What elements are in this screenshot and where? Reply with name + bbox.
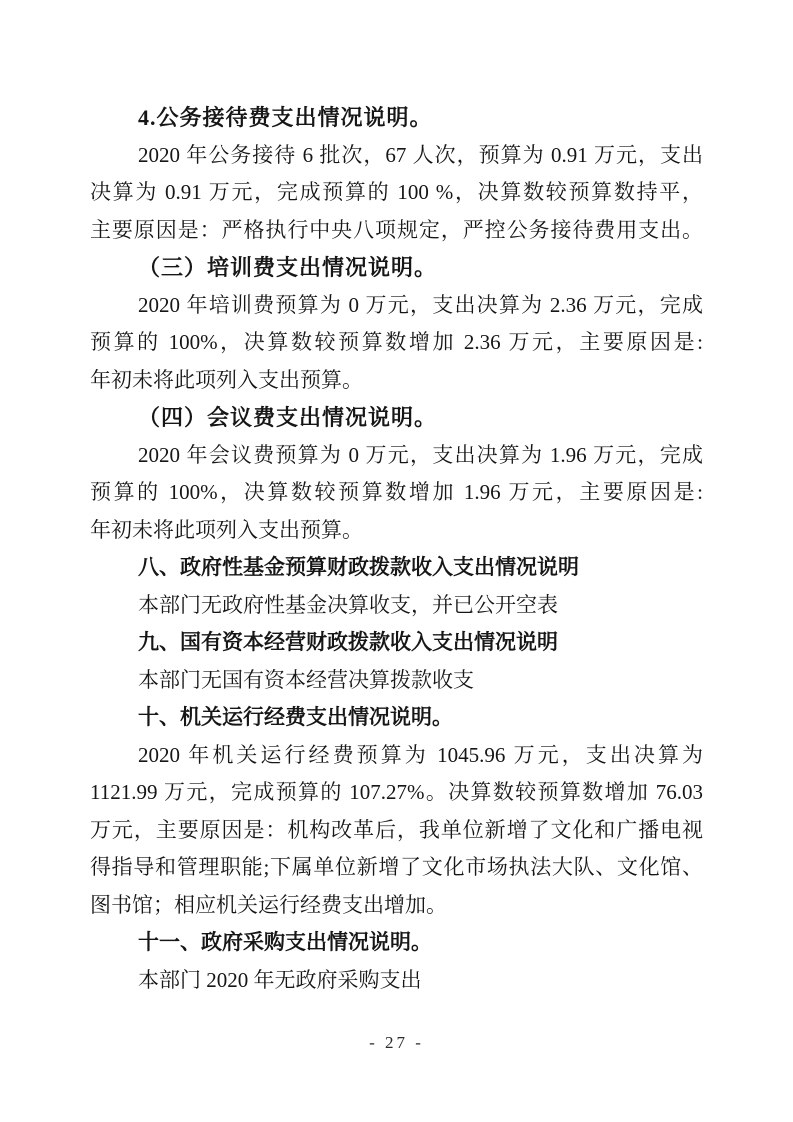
document-body: 4.公务接待费支出情况说明。 2020 年公务接待 6 批次，67 人次，预算为… xyxy=(90,99,703,999)
paragraph-line: 本部门 2020 年无政府采购支出 xyxy=(90,962,703,1000)
paragraph-line: 年初未将此项列入支出预算。 xyxy=(90,512,703,550)
paragraph-line: 2020 年机关运行经费预算为 1045.96 万元，支出决算为 xyxy=(90,737,703,775)
paragraph-line: 预算的 100%，决算数较预算数增加 1.96 万元，主要原因是: xyxy=(90,474,703,512)
paragraph-line: 万元，主要原因是：机构改革后，我单位新增了文化和广播电视 xyxy=(90,812,703,850)
paragraph-line: 1121.99 万元，完成预算的 107.27%。决算数较预算数增加 76.03 xyxy=(90,774,703,812)
paragraph-line: 图书馆；相应机关运行经费支出增加。 xyxy=(90,887,703,925)
section-heading-operating-expense: 十、机关运行经费支出情况说明。 xyxy=(90,699,703,737)
paragraph-line: 预算的 100%，决算数较预算数增加 2.36 万元，主要原因是: xyxy=(90,324,703,362)
section-heading-training-fee: （三）培训费支出情况说明。 xyxy=(90,249,703,287)
paragraph-line: 2020 年会议费预算为 0 万元，支出决算为 1.96 万元，完成 xyxy=(90,437,703,475)
paragraph-line: 主要原因是：严格执行中央八项规定，严控公务接待费用支出。 xyxy=(90,212,703,250)
paragraph-line: 2020 年培训费预算为 0 万元，支出决算为 2.36 万元，完成 xyxy=(90,287,703,325)
paragraph-line: 决算为 0.91 万元，完成预算的 100 %，决算数较预算数持平， xyxy=(90,174,703,212)
section-heading-meeting-fee: （四）会议费支出情况说明。 xyxy=(90,399,703,437)
paragraph-line: 本部门无政府性基金决算收支，并已公开空表 xyxy=(90,587,703,625)
paragraph-line: 年初未将此项列入支出预算。 xyxy=(90,362,703,400)
section-heading-state-capital: 九、国有资本经营财政拨款收入支出情况说明 xyxy=(90,624,703,662)
section-heading-government-procurement: 十一、政府采购支出情况说明。 xyxy=(90,924,703,962)
section-heading-government-fund: 八、政府性基金预算财政拨款收入支出情况说明 xyxy=(90,549,703,587)
paragraph-line: 得指导和管理职能;下属单位新增了文化市场执法大队、文化馆、 xyxy=(90,849,703,887)
page-number: - 27 - xyxy=(369,1033,424,1052)
document-page: 4.公务接待费支出情况说明。 2020 年公务接待 6 批次，67 人次，预算为… xyxy=(0,0,793,1122)
page-footer: - 27 - xyxy=(0,1030,793,1056)
section-heading-reception-fee: 4.公务接待费支出情况说明。 xyxy=(90,99,703,137)
paragraph-line: 本部门无国有资本经营决算拨款收支 xyxy=(90,662,703,700)
paragraph-line: 2020 年公务接待 6 批次，67 人次，预算为 0.91 万元，支出 xyxy=(90,137,703,175)
